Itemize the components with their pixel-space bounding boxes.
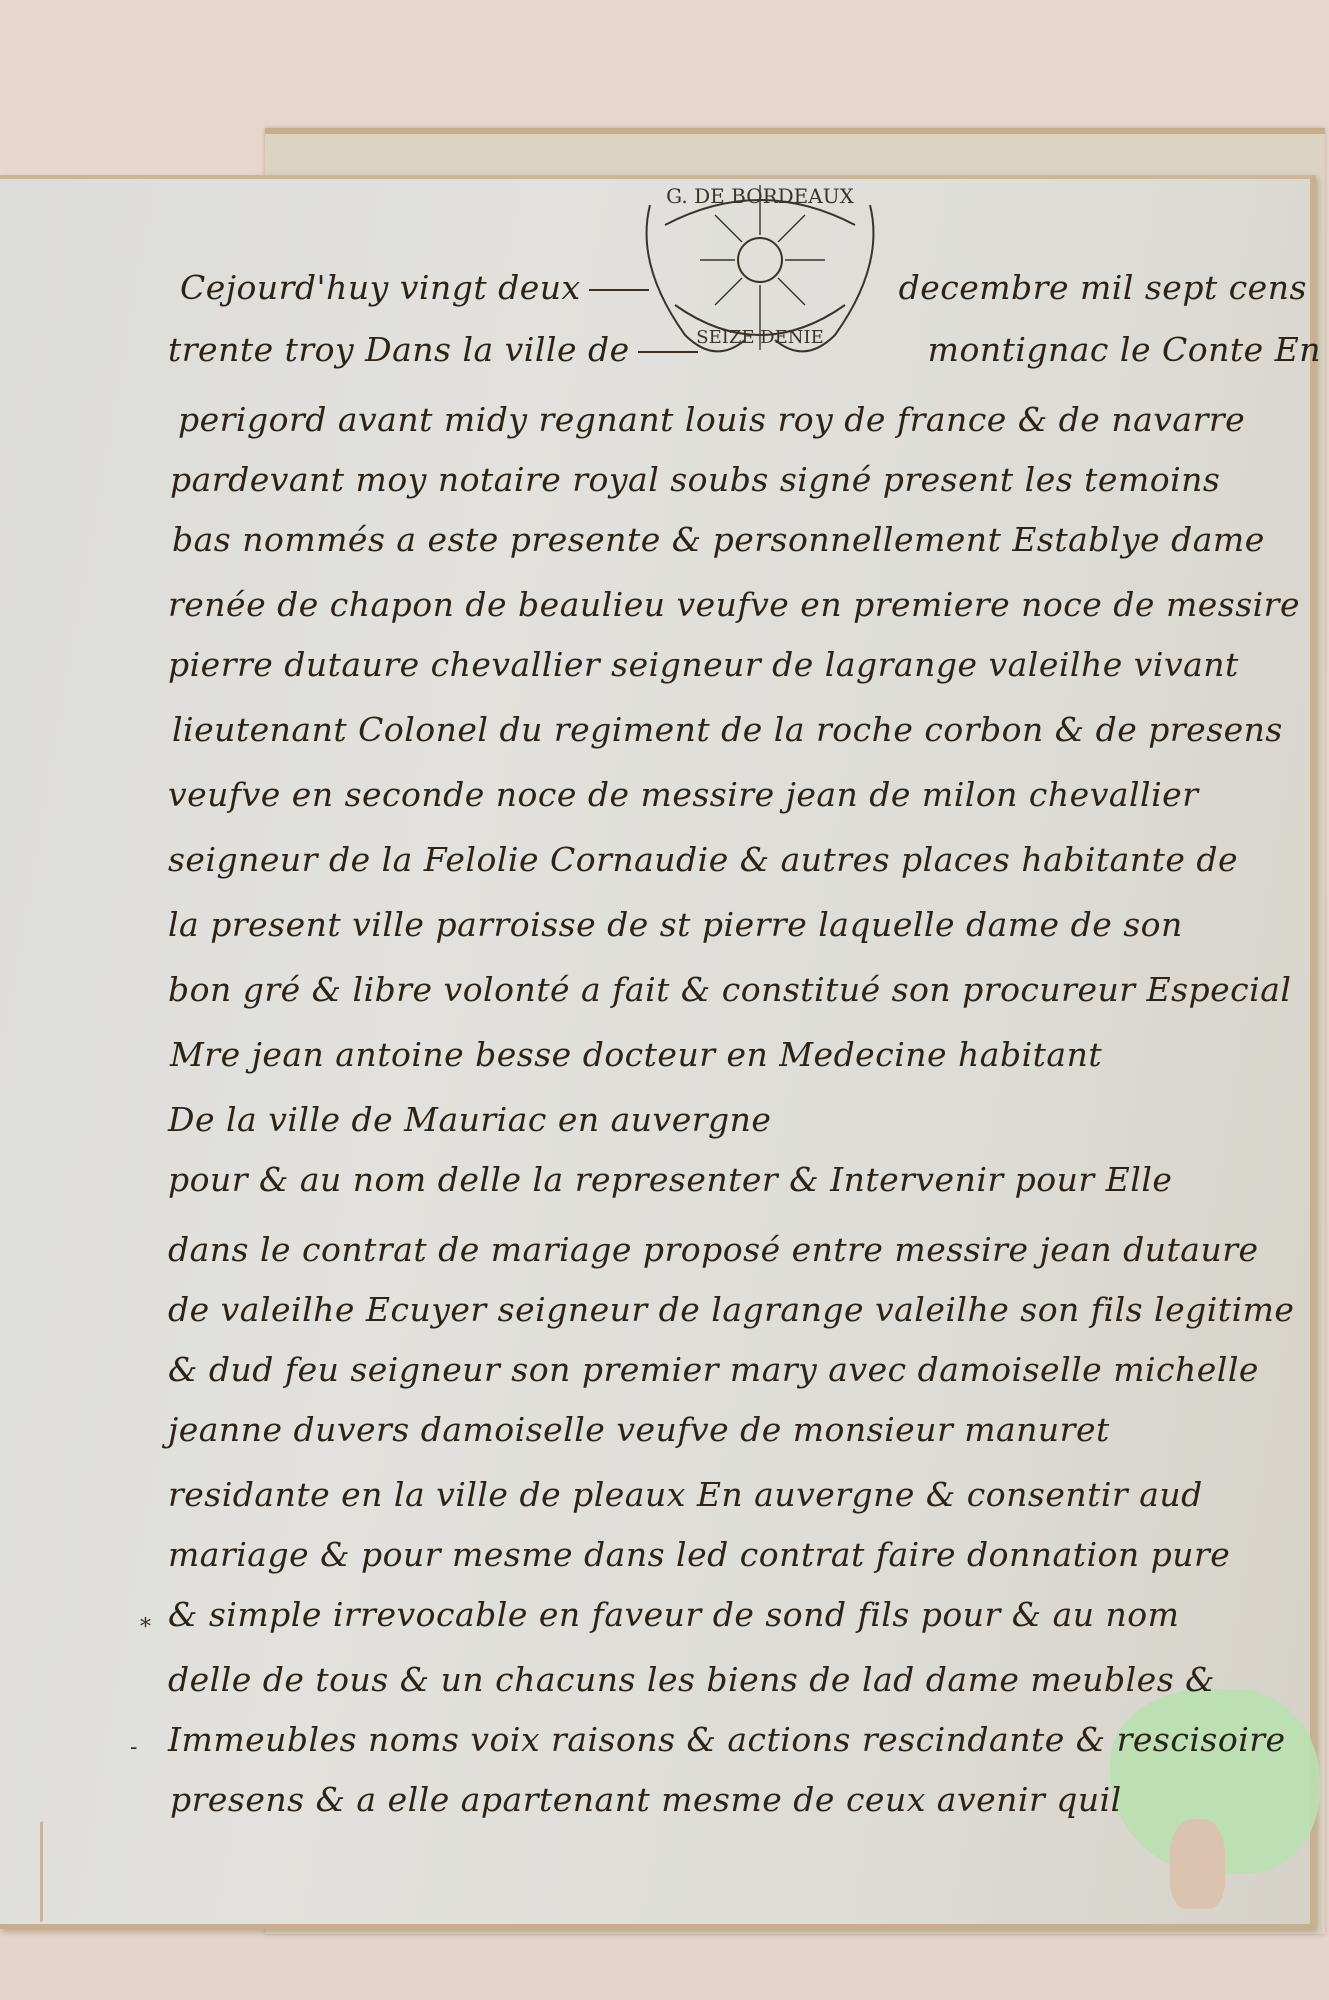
text-line: delle de tous & un chacuns les biens de … [168,1660,1215,1699]
text-line: Mre jean antoine besse docteur en Medeci… [170,1035,1102,1074]
text-line: presens & a elle apartenant mesme de ceu… [170,1780,1122,1819]
text-line: trente troy Dans la ville demontignac le… [168,330,1321,369]
text-line: Immeubles noms voix raisons & actions re… [168,1720,1286,1759]
text-line: perigord avant midy regnant louis roy de… [178,400,1245,439]
text-line: de valeilhe Ecuyer seigneur de lagrange … [168,1290,1294,1329]
text-line: mariage & pour mesme dans led contrat fa… [168,1535,1230,1574]
text-line: renée de chapon de beaulieu veufve en pr… [168,585,1300,624]
text-line: residante en la ville de pleaux En auver… [168,1475,1203,1514]
text-line: De la ville de Mauriac en auvergne [168,1100,771,1139]
text-line: Cejourd'huy vingt deuxdecembre mil sept … [180,268,1307,307]
text-line: bon gré & libre volonté a fait & constit… [168,970,1291,1009]
text-line: la present ville parroisse de st pierre … [168,905,1183,944]
text-line: & simple irrevocable en faveur de sond f… [168,1595,1179,1634]
text-line: jeanne duvers damoiselle veufve de monsi… [168,1410,1110,1449]
margin-asterisk: * [140,1615,151,1640]
text-line: seigneur de la Felolie Cornaudie & autre… [168,840,1238,879]
text-line: pardevant moy notaire royal soubs signé … [170,460,1220,499]
svg-text:G. DE BORDEAUX: G. DE BORDEAUX [666,184,854,208]
text-line: pour & au nom delle la representer & Int… [168,1160,1172,1199]
text-line: pierre dutaure chevallier seigneur de la… [168,645,1239,684]
torn-patch [1170,1819,1225,1909]
left-tear [0,1821,43,1937]
text-line: lieutenant Colonel du regiment de la roc… [172,710,1283,749]
text-line: bas nommés a este presente & personnelle… [172,520,1265,559]
text-line: veufve en seconde noce de messire jean d… [168,775,1198,814]
margin-dash: - [130,1735,137,1760]
text-line: & dud feu seigneur son premier mary avec… [168,1350,1259,1389]
text-line: dans le contrat de mariage proposé entre… [168,1230,1259,1269]
